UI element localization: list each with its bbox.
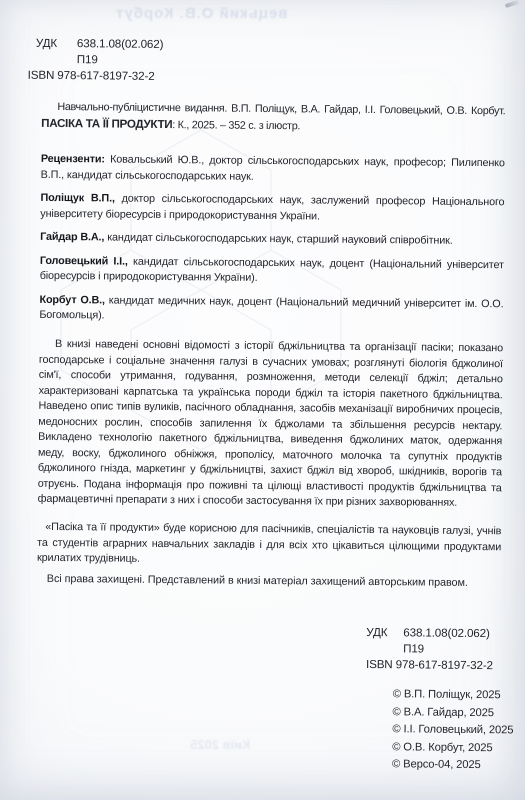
reviewer-text: кандидат сільськогосподарських наук, ста…	[107, 231, 453, 246]
reviewer-lead: Головецький І.І.,	[40, 254, 128, 267]
reviewer-lead: Гайдар В.А.,	[40, 231, 104, 244]
reviewer-text: кандидат медичних наук, доцент (Націонал…	[39, 294, 503, 321]
edition-details: : К., 2025. – 352 с. з ілюстр.	[172, 119, 300, 132]
copyright-item: © В.П. Поліщук, 2025	[393, 686, 514, 705]
edition-statement: Навчально-публіцистичне видання. В.П. По…	[41, 100, 505, 136]
copyright-list: © В.П. Поліщук, 2025 © В.А. Гайдар, 2025…	[392, 686, 514, 775]
annotation-paragraph: В книзі наведені основні відомості з іст…	[38, 337, 504, 512]
udc-block-top: УДК 638.1.08(02.062) П19 ISBN 978-617-81…	[36, 36, 164, 85]
reviewer-paragraph: Поліщук В.П., доктор сільськогосподарськ…	[40, 191, 504, 226]
reviewer-lead: Корбут О.В.,	[39, 293, 105, 306]
reviewer-lead: Рецензенти:	[41, 153, 105, 166]
audience-paragraph: «Пасіка та її продукти» буде корисною дл…	[37, 520, 501, 571]
udc-block-bottom: УДК 638.1.08(02.062) П19 ISBN 978-617-81…	[366, 625, 493, 674]
isbn-number: ISBN 978-617-8197-32-2	[28, 67, 164, 84]
book-title: ПАСІКА ТА ЇЇ ПРОДУКТИ	[41, 116, 172, 130]
isbn-number: ISBN 978-617-8197-32-2	[366, 657, 493, 674]
rights-notice: Всі права захищені. Представлений в книз…	[47, 572, 507, 592]
udc-label: УДК	[366, 625, 396, 641]
udc-value: 638.1.08(02.062)	[77, 36, 164, 53]
reviewer-paragraph: Гайдар В.А., кандидат сільськогосподарсь…	[40, 230, 504, 250]
reviewer-text: Ковальський Ю.В., доктор сільськогоспода…	[41, 153, 505, 182]
copyright-item: © І.І. Головецький, 2025	[392, 721, 513, 740]
udc-label: УДК	[36, 36, 70, 52]
udc-code: П19	[77, 52, 164, 69]
copyright-item: © О.В. Корбут, 2025	[392, 739, 513, 758]
reviewer-lead: Поліщук В.П.,	[40, 192, 114, 205]
reviewer-paragraph: Головецький І.І., кандидат сільськогоспо…	[40, 253, 504, 288]
copyright-item: © Версо-04, 2025	[392, 757, 513, 776]
udc-value: 638.1.08(02.062)	[403, 625, 493, 642]
reviewers-section: Рецензенти: Ковальський Ю.В., доктор сіл…	[39, 152, 505, 336]
reviewer-paragraph: Корбут О.В., кандидат медичних наук, доц…	[39, 292, 503, 327]
reviewer-paragraph: Рецензенти: Ковальський Ю.В., доктор сіл…	[41, 152, 505, 187]
udc-code: П19	[403, 641, 493, 658]
book-imprint-page: вецький О.В. Корбут Київ 2025 УДК 638.1.…	[0, 0, 525, 800]
copyright-item: © В.А. Гайдар, 2025	[392, 704, 513, 723]
typeset-block: УДК 638.1.08(02.062) П19 ISBN 978-617-81…	[0, 0, 525, 800]
edition-authors: Навчально-публіцистичне видання. В.П. По…	[57, 101, 505, 117]
